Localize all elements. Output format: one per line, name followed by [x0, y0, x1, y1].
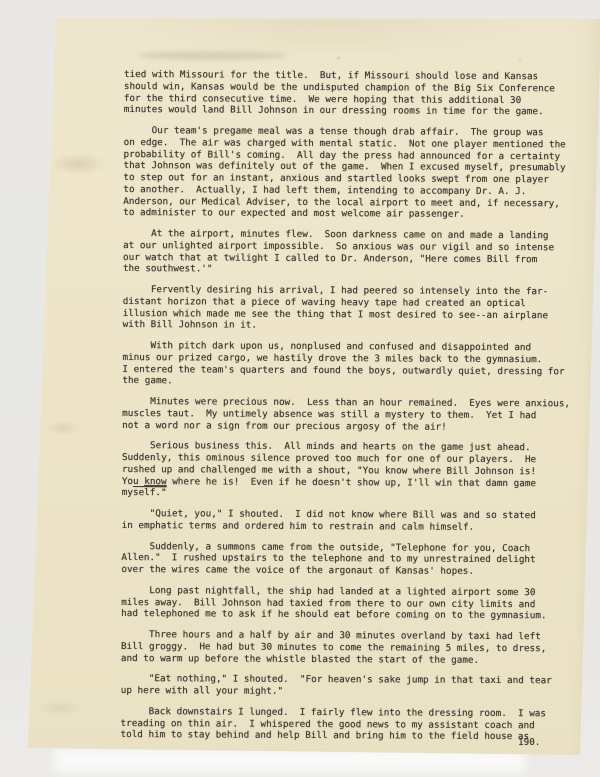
text-line: over the wires came the voice of the arg… — [121, 564, 581, 578]
scanned-document-page: tied with Missouri for the title. But, i… — [0, 0, 600, 777]
paragraph: Back downstairs I lunged. I fairly flew … — [120, 706, 580, 744]
ink-speck — [337, 57, 340, 59]
text-line: the southwest.'" — [123, 263, 583, 277]
paragraph: Our team's pregame meal was a tense thou… — [123, 125, 583, 221]
text-line: the game. — [122, 375, 582, 389]
text-line: myself." — [122, 487, 582, 501]
paragraph: "Eat nothing," I shouted. "For heaven's … — [121, 673, 581, 699]
text-line: with Bill Johnson in it. — [123, 319, 583, 333]
typewritten-text-body: tied with Missouri for the title. But, i… — [120, 69, 584, 752]
text-line: to administer to our expected and most w… — [123, 207, 583, 221]
page-number: 190. — [518, 737, 540, 749]
paragraph: With pitch dark upon us, nonplused and c… — [122, 340, 582, 389]
text-line: and to warm up before the whistle blaste… — [121, 652, 581, 666]
paragraph: "Quiet, you," I shouted. I did not know … — [122, 508, 582, 534]
text-line: had telephoned me to ask if he should ea… — [121, 608, 581, 622]
paragraph: Suddenly, a summons came from the outsid… — [121, 540, 581, 578]
paragraph: tied with Missouri for the title. But, i… — [124, 69, 584, 118]
text-line: not a word nor a sign from our precious … — [122, 419, 582, 433]
text-line: up here with all your might." — [121, 685, 581, 699]
paragraph: Long past nightfall, the ship had landed… — [121, 585, 581, 623]
paragraph: At the airport, minutes flew. Soon darkn… — [123, 228, 583, 277]
paragraph: Fervently desiring his arrival, I had pe… — [123, 284, 583, 333]
text-line: in emphatic terms and ordered him to res… — [122, 520, 582, 534]
text-line: told him to stay behind and help Bill an… — [120, 729, 580, 743]
text-line: minutes would land Bill Johnson in our d… — [124, 104, 584, 118]
paragraph: Minutes were precious now. Less than an … — [122, 396, 582, 434]
paragraph: Three hours and a half by air and 30 min… — [121, 629, 581, 667]
paragraph: Serious business this. All minds and hea… — [122, 440, 582, 501]
ink-speck — [519, 60, 521, 62]
erased-text-smudge — [138, 51, 288, 60]
